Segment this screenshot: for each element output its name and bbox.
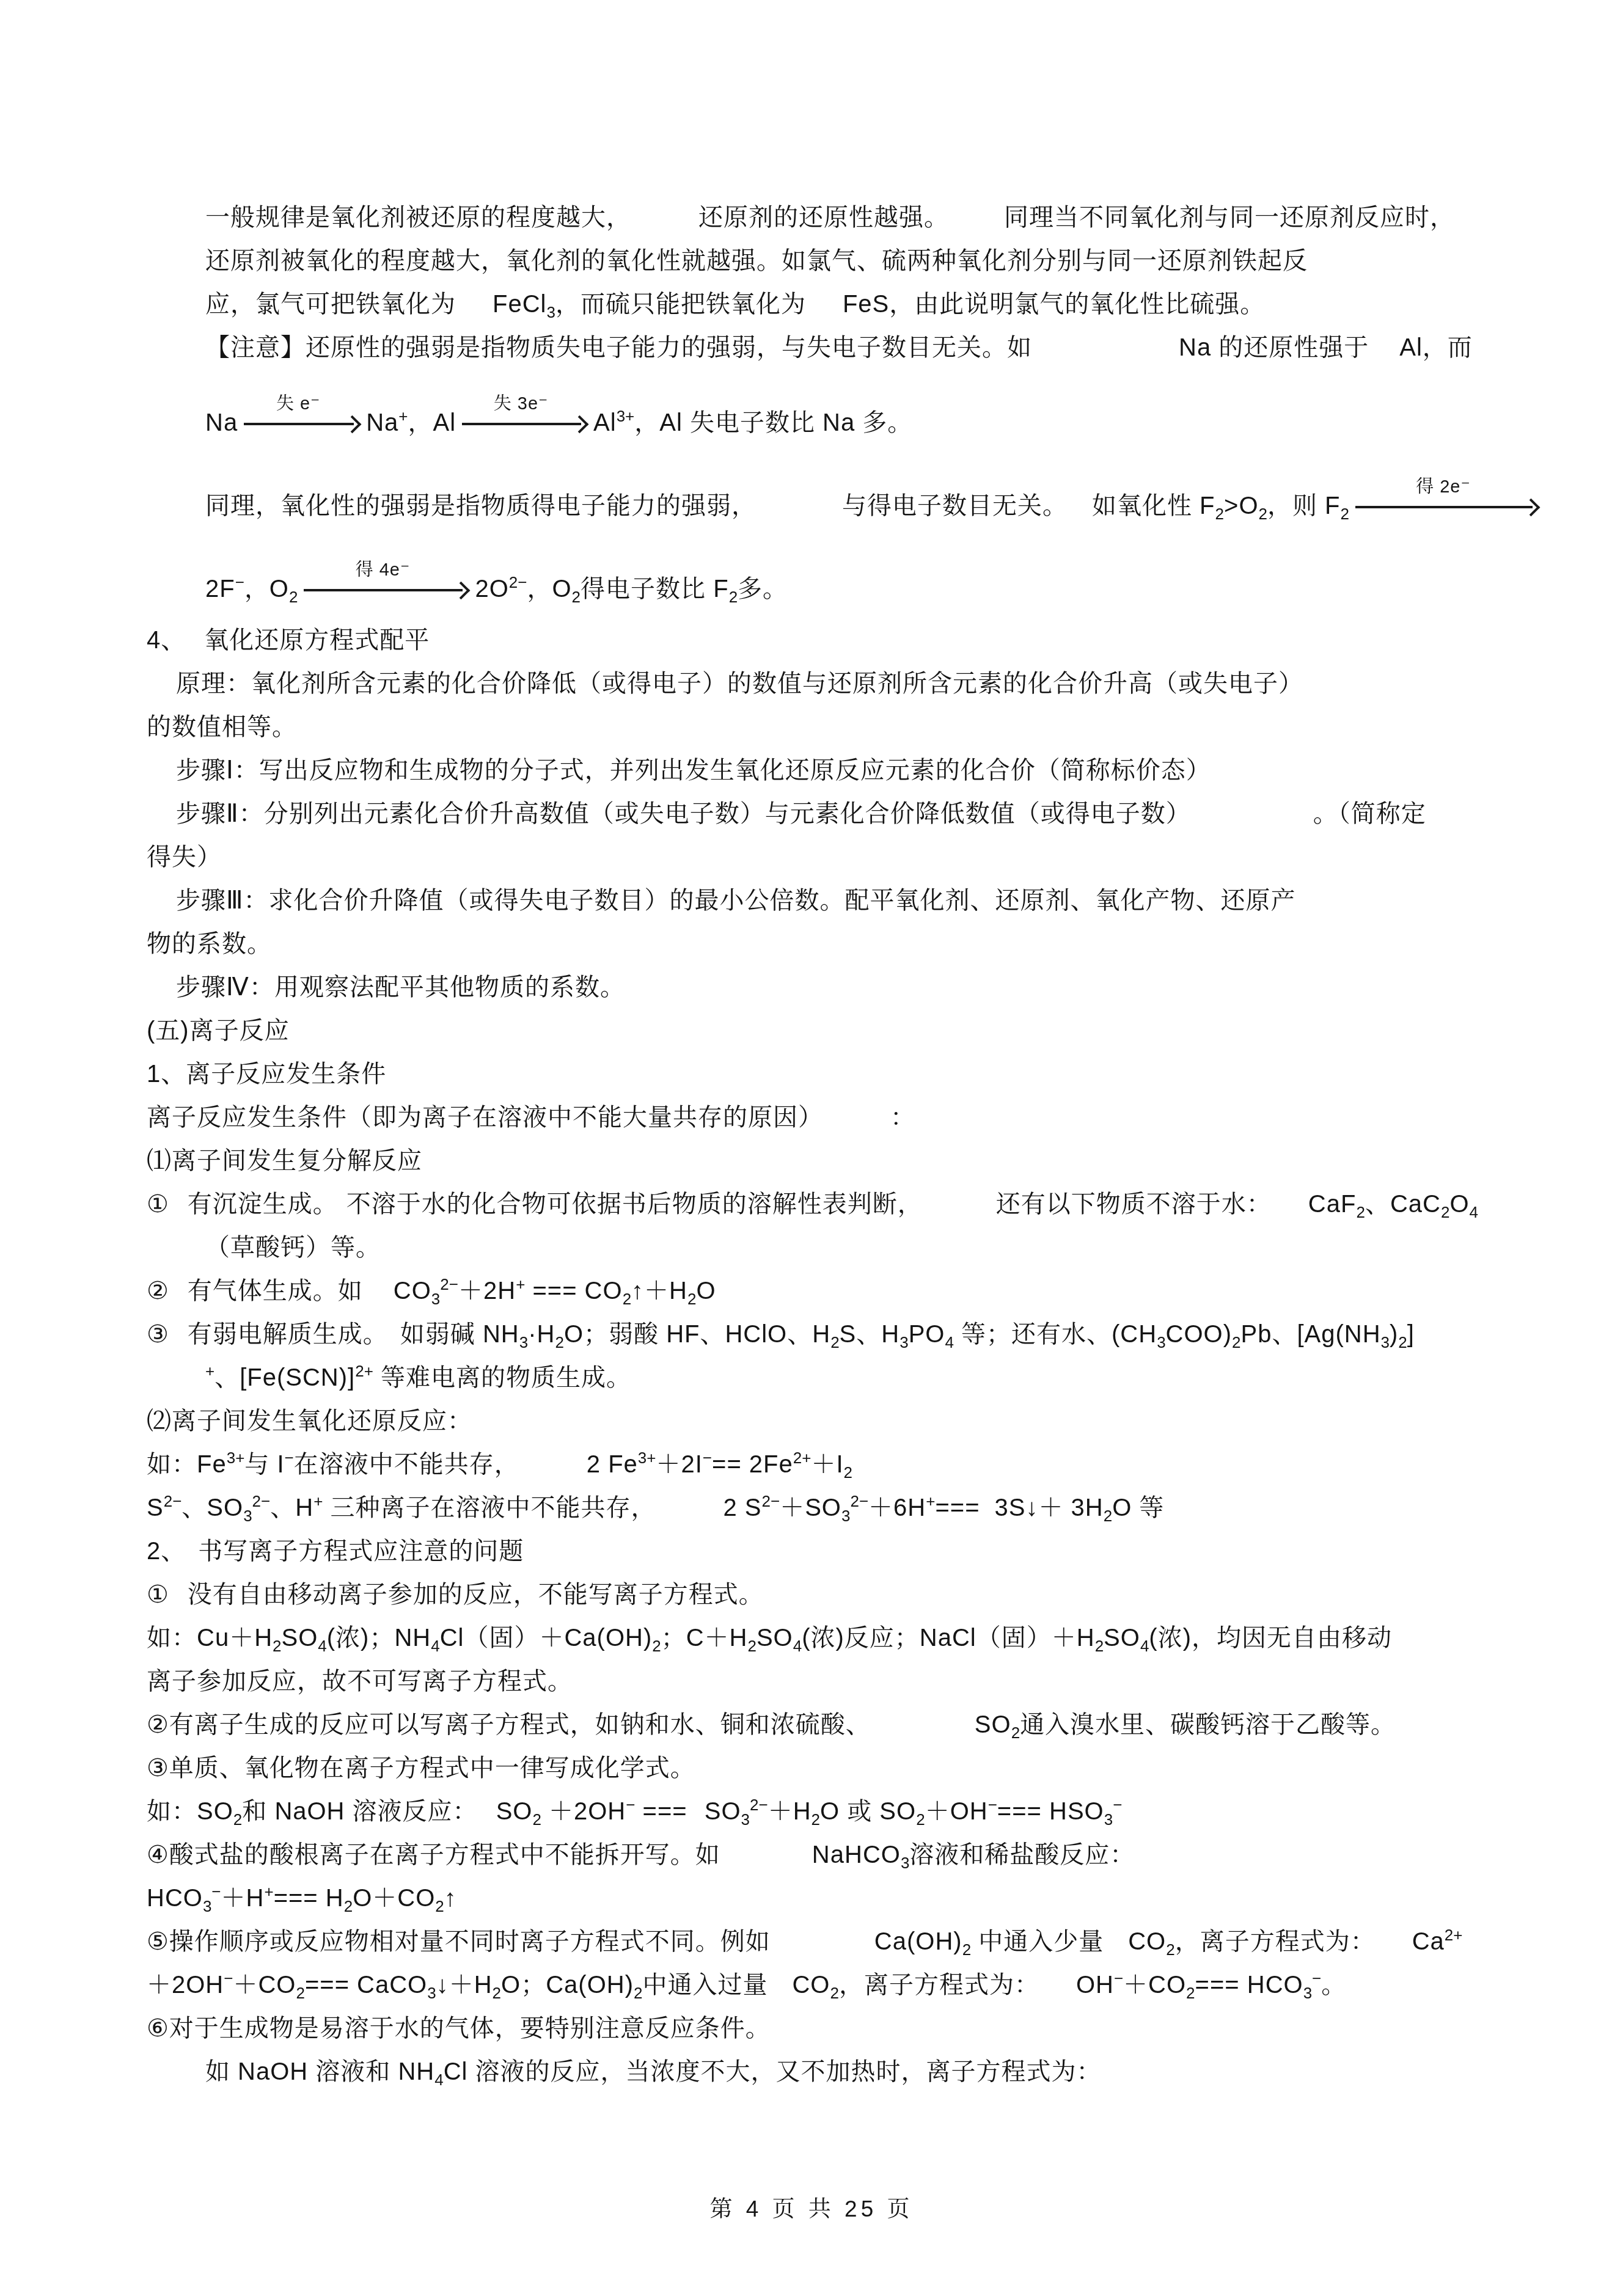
spacer xyxy=(949,225,1004,225)
doc-line: ⑴离子间发生复分解反应 xyxy=(147,1145,1501,1177)
superscript: 2− xyxy=(440,1275,458,1293)
superscript: 2+ xyxy=(1445,1926,1463,1944)
doc-line: 步骤Ⅰ：写出反应物和生成物的分子式，并列出发生氧化还原反应元素的化合价（简称标价… xyxy=(147,755,1501,786)
page: 一般规律是氧化剂被还原的程度越大，还原剂的还原性越强。同理当不同氧化剂与同一还原… xyxy=(0,0,1623,2296)
subscript: 2 xyxy=(623,1290,631,1308)
doc-line: 2、书写离子方程式应注意的问题 xyxy=(147,1535,1501,1567)
superscript: − xyxy=(235,573,244,591)
spacer xyxy=(771,1949,874,1950)
subscript: 2 xyxy=(344,1897,353,1915)
subscript: 2 xyxy=(435,1897,444,1915)
doc-line: (五)离子反应 xyxy=(147,1015,1501,1047)
spacer xyxy=(1376,1949,1412,1950)
subscript: 3 xyxy=(1157,1333,1165,1351)
spacer xyxy=(169,1342,188,1342)
subscript: 2 xyxy=(1398,1333,1407,1351)
spacer xyxy=(823,1125,890,1125)
doc-line: S2−、SO32−、H+ 三种离子在溶液中不能共存，2 S2−＋SO32−＋6H… xyxy=(147,1492,1501,1524)
doc-line: 步骤Ⅱ：分别列出元素化合价升高数值（或失电子数）与元素化合价降低数值（或得电子数… xyxy=(147,798,1501,830)
doc-line: 如：Cu＋H2SO4(浓)；NH4Cl（固）＋Ca(OH)2；C＋H2SO4(浓… xyxy=(147,1622,1501,1654)
page-footer: 第 4 页 共 25 页 xyxy=(0,2190,1623,2223)
doc-line: 的数值相等。 xyxy=(147,711,1501,743)
subscript: 4 xyxy=(1470,1203,1478,1221)
superscript: − xyxy=(1114,1969,1123,1987)
superscript: + xyxy=(205,1362,214,1380)
subscript: 3 xyxy=(899,1333,908,1351)
subscript: 2 xyxy=(1215,505,1224,523)
spacer xyxy=(388,1342,400,1342)
doc-line: 离子参加反应，故不可写离子方程式。 xyxy=(147,1665,1501,1697)
doc-line: ⑥对于生成物是易溶于水的气体，要特别注意反应条件。 xyxy=(147,2013,1501,2044)
doc-line: ③有弱电解质生成。如弱碱 NH3·H2O；弱酸 HF、HClO、H2S、H3PO… xyxy=(147,1318,1501,1350)
doc-line: ⑤操作顺序或反应物相对量不同时离子方程式不同。例如Ca(OH)2 中通入少量CO… xyxy=(147,1926,1501,1958)
doc-line: 4、氧化还原方程式配平 xyxy=(147,624,1501,656)
subscript: 3 xyxy=(1381,1333,1390,1351)
doc-line: 应，氯气可把铁氧化为FeCl3，而硫只能把铁氧化为FeS，由此说明氯气的氧化性比… xyxy=(147,288,1501,320)
superscript: − xyxy=(1113,1796,1122,1814)
superscript: − xyxy=(1312,1969,1321,1987)
subscript: 2 xyxy=(1166,1940,1174,1959)
doc-line: ④酸式盐的酸根离子在离子方程式中不能拆开写。如NaHCO3溶液和稀盐酸反应： xyxy=(147,1839,1501,1871)
superscript: 2− xyxy=(252,1492,271,1510)
spacer xyxy=(1191,821,1313,822)
spacer xyxy=(1272,1212,1308,1212)
subscript: 2 xyxy=(1232,1333,1240,1351)
spacer xyxy=(631,225,698,225)
doc-line: 得失） xyxy=(147,841,1501,873)
subscript: 3 xyxy=(203,1897,211,1915)
superscript: + xyxy=(516,1275,525,1293)
doc-line: 【注意】还原性的强弱是指物质失电子能力的强弱，与失电子数目无关。如Na 的还原性… xyxy=(147,332,1501,364)
subscript: 3 xyxy=(519,1333,528,1351)
subscript: 2 xyxy=(652,1637,661,1655)
spacer xyxy=(1369,355,1399,356)
subscript: 4 xyxy=(318,1637,326,1655)
doc-line: ①有沉淀生成。不溶于水的化合物可依据书后物质的溶解性表判断，还有以下物质不溶于水… xyxy=(147,1188,1501,1220)
doc-line: ②有气体生成。如CO32−＋2H+ === CO2↑＋H2O xyxy=(147,1275,1501,1307)
reaction-arrow-icon: 得 4e⁻ xyxy=(304,577,469,601)
subscript: 4 xyxy=(434,2071,443,2089)
subscript: 2 xyxy=(830,1984,838,2002)
subscript: 2 xyxy=(1356,1203,1365,1221)
subscript: 4 xyxy=(945,1333,953,1351)
subscript: 2 xyxy=(1104,1507,1112,1525)
subscript: 2 xyxy=(1341,505,1349,523)
spacer xyxy=(338,1212,346,1212)
doc-line: ①没有自由移动离子参加的反应，不能写离子方程式。 xyxy=(147,1579,1501,1610)
doc-line: +、[Fe(SCN)]2+ 等难电离的物质生成。 xyxy=(147,1362,1501,1394)
doc-line: 步骤Ⅲ：求化合价升降值（或得失电子数目）的最小公倍数。配平氧化剂、还原剂、氧化产… xyxy=(147,885,1501,916)
spacer xyxy=(186,648,204,648)
reaction-arrow-icon: 失 e⁻ xyxy=(244,411,360,435)
superscript: 3+ xyxy=(227,1449,245,1467)
superscript: + xyxy=(313,1492,323,1510)
subscript: 3 xyxy=(841,1507,850,1525)
doc-line: 同理，氧化性的强弱是指物质得电子能力的强弱，与得电子数目无关。如氧化性 F2>O… xyxy=(147,458,1501,522)
superscript: 2− xyxy=(850,1492,868,1510)
subscript: 2 xyxy=(493,1984,501,2002)
reaction-arrow-label: 得 2e⁻ xyxy=(1355,478,1531,496)
superscript: 2− xyxy=(164,1492,182,1510)
reaction-arrow-label: 失 3e⁻ xyxy=(462,395,580,413)
doc-line: ⑵离子间发生氧化还原反应： xyxy=(147,1405,1501,1437)
spacer xyxy=(478,1819,496,1819)
subscript: 2 xyxy=(532,1810,541,1829)
subscript: 2 xyxy=(555,1333,563,1351)
subscript: 2 xyxy=(687,1290,696,1308)
spacer xyxy=(186,1559,198,1559)
document-body: 一般规律是氧化剂被还原的程度越大，还原剂的还原性越强。同理当不同氧化剂与同一还原… xyxy=(147,202,1501,2099)
superscript: − xyxy=(224,1969,233,1987)
doc-line: Na失 e⁻Na+，Al失 3e⁻Al3+，Al 失电子数比 Na 多。 xyxy=(147,375,1501,439)
doc-line: 如：Fe3+与 I−在溶液中不能共存，2 Fe3+＋2I−== 2Fe2+＋I2 xyxy=(147,1449,1501,1480)
superscript: − xyxy=(626,1796,635,1814)
subscript: 2 xyxy=(916,1810,925,1829)
superscript: 2− xyxy=(750,1796,768,1814)
superscript: 2+ xyxy=(355,1362,373,1380)
spacer xyxy=(695,1819,705,1819)
superscript: 2− xyxy=(509,573,527,591)
superscript: 2+ xyxy=(793,1449,811,1467)
spacer xyxy=(1032,355,1179,356)
subscript: 2 xyxy=(296,1984,304,2002)
doc-line: HCO3−＋H+=== H2O＋CO2↑ xyxy=(147,1882,1501,1914)
subscript: 3 xyxy=(1104,1810,1113,1829)
subscript: 2 xyxy=(273,1637,281,1655)
doc-line: 如：SO2和 NaOH 溶液反应：SO2 ＋2OH− === SO32−＋H2O… xyxy=(147,1796,1501,1827)
reaction-arrow-label: 失 e⁻ xyxy=(244,395,353,413)
superscript: − xyxy=(211,1882,221,1901)
doc-line: 2F−，O2得 4e⁻2O2−，O2得电子数比 F2多。 xyxy=(147,541,1501,605)
subscript: 2 xyxy=(962,1940,971,1959)
subscript: 4 xyxy=(1140,1637,1149,1655)
subscript: 2 xyxy=(1011,1724,1020,1742)
subscript: 2 xyxy=(830,1333,839,1351)
spacer xyxy=(871,1732,975,1733)
spacer xyxy=(806,312,843,312)
superscript: 3+ xyxy=(617,407,635,425)
subscript: 2 xyxy=(1259,505,1267,523)
doc-line: 1、离子反应发生条件 xyxy=(147,1058,1501,1090)
superscript: 2− xyxy=(762,1492,780,1510)
superscript: − xyxy=(988,1796,997,1814)
superscript: + xyxy=(398,407,408,425)
subscript: 2 xyxy=(1186,1984,1195,2002)
subscript: 3 xyxy=(427,1984,436,2002)
superscript: 3+ xyxy=(638,1449,656,1467)
subscript: 2 xyxy=(289,588,298,606)
subscript: 2 xyxy=(634,1984,642,2002)
doc-line: （草酸钙）等。 xyxy=(147,1232,1501,1263)
subscript: 2 xyxy=(233,1810,242,1829)
subscript: 3 xyxy=(431,1290,440,1308)
spacer xyxy=(656,1515,723,1516)
spacer xyxy=(519,1472,587,1472)
spacer xyxy=(720,1862,812,1863)
spacer xyxy=(456,312,493,312)
subscript: 3 xyxy=(741,1810,750,1829)
superscript: − xyxy=(285,1449,294,1467)
subscript: 3 xyxy=(901,1854,909,1872)
spacer xyxy=(363,1298,394,1299)
spacer xyxy=(768,1992,792,1993)
doc-line: 还原剂被氧化的程度越大，氧化剂的氧化性就越强。如氯气、硫两种氧化剂分别与同一还原… xyxy=(147,245,1501,277)
doc-line: 步骤Ⅳ：用观察法配平其他物质的系数。 xyxy=(147,971,1501,1003)
spacer xyxy=(169,1602,188,1603)
subscript: 2 xyxy=(747,1637,756,1655)
subscript: 4 xyxy=(431,1637,439,1655)
doc-line: ＋2OH−＋CO2=== CaCO3↓＋H2O；Ca(OH)2中通入过量CO2，… xyxy=(147,1969,1501,2001)
subscript: 3 xyxy=(243,1507,252,1525)
doc-line: ②有离子生成的反应可以写离子方程式，如钠和水、铜和浓硫酸、SO2通入溴水里、碳酸… xyxy=(147,1709,1501,1741)
spacer xyxy=(757,513,842,514)
superscript: + xyxy=(926,1492,935,1510)
spacer xyxy=(169,1212,188,1212)
reaction-arrow-icon: 得 2e⁻ xyxy=(1355,494,1539,518)
doc-line: 离子反应发生条件（即为离子在溶液中不能大量共存的原因）： xyxy=(147,1102,1501,1133)
superscript: + xyxy=(264,1882,273,1901)
spacer xyxy=(923,1212,996,1212)
superscript: − xyxy=(703,1449,712,1467)
doc-line: 原理：氧化剂所含元素的化合价降低（或得电子）的数值与还原剂所含元素的化合价升高（… xyxy=(147,668,1501,700)
reaction-arrow-icon: 失 3e⁻ xyxy=(462,411,587,435)
doc-line: 如 NaOH 溶液和 NH4Cl 溶液的反应，当浓度不大，又不加热时，离子方程式… xyxy=(147,2056,1501,2088)
subscript: 4 xyxy=(793,1637,802,1655)
spacer xyxy=(1039,1992,1076,1993)
subscript: 2 xyxy=(729,588,738,606)
spacer xyxy=(1068,513,1092,514)
subscript: 2 xyxy=(1095,1637,1104,1655)
doc-line: 一般规律是氧化剂被还原的程度越大，还原剂的还原性越强。同理当不同氧化剂与同一还原… xyxy=(147,202,1501,233)
subscript: 2 xyxy=(811,1810,820,1829)
doc-line: 物的系数。 xyxy=(147,928,1501,960)
subscript: 3 xyxy=(1303,1984,1312,2002)
subscript: 2 xyxy=(844,1463,852,1482)
spacer xyxy=(980,1515,995,1516)
reaction-arrow-label: 得 4e⁻ xyxy=(304,561,461,579)
spacer xyxy=(1104,1949,1128,1950)
spacer xyxy=(169,1298,188,1299)
subscript: 3 xyxy=(546,303,555,321)
subscript: 2 xyxy=(572,588,581,606)
subscript: 2 xyxy=(1441,1203,1449,1221)
doc-line: ③单质、氧化物在离子方程式中一律写成化学式。 xyxy=(147,1752,1501,1784)
